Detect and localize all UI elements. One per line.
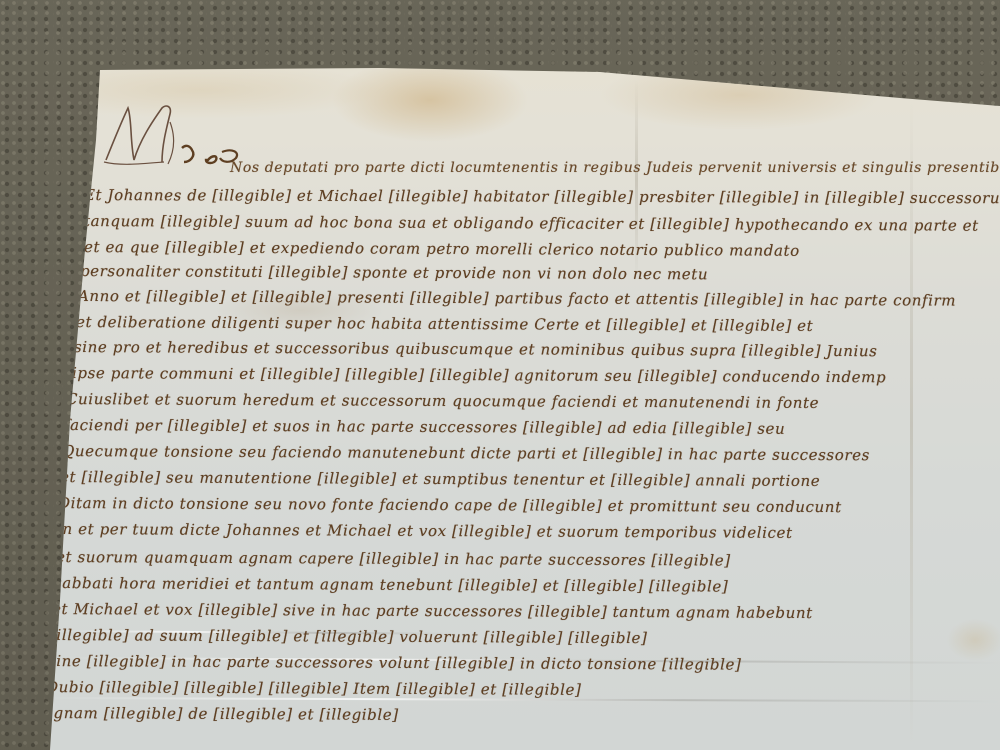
document-line: [illegible] ad suum [illegible] et [ille… bbox=[50, 626, 648, 647]
document-line: et [illegible] seu manutentione [illegib… bbox=[60, 468, 820, 490]
document-line: sine [illegible] in hac parte successore… bbox=[48, 652, 742, 674]
document-line: Cuiuslibet et suorum heredum et successo… bbox=[66, 390, 819, 412]
document-line: Et Johannes de [illegible] et Michael [i… bbox=[84, 186, 1000, 207]
document-line: Dubio [illegible] [illegible] [illegible… bbox=[46, 678, 582, 699]
decorated-initial-n-icon bbox=[100, 100, 240, 170]
document-line: Quecumque tonsione seu faciendo manutene… bbox=[62, 442, 870, 464]
document-line: et deliberatione diligenti super hoc hab… bbox=[76, 313, 813, 335]
document-line: sabbati hora meridiei et tantum agnam te… bbox=[54, 574, 728, 596]
document-line: ipse parte communi et [illegible] [illeg… bbox=[72, 364, 886, 386]
document-line: et ea que [illegible] et expediendo cora… bbox=[84, 238, 800, 260]
document-line: et suorum quamquam agnam capere [illegib… bbox=[56, 548, 731, 570]
document-line: Nos deputati pro parte dicti locumtenent… bbox=[230, 160, 1000, 176]
document-line: tanquam [illegible] suum ad hoc bona sua… bbox=[84, 212, 979, 235]
document-line: et Michael et vox [illegible] sive in ha… bbox=[52, 600, 813, 622]
document-line: sine pro et heredibus et successoribus q… bbox=[74, 338, 878, 360]
document-line: Anno et [illegible] et [illegible] prese… bbox=[78, 287, 956, 310]
document-line: In et per tuum dicte Johannes et Michael… bbox=[56, 520, 793, 542]
document-line: faciendi per [illegible] et suos in hac … bbox=[64, 416, 785, 438]
document-line: personaliter constituti [illegible] spon… bbox=[80, 262, 708, 283]
document-line: agnam [illegible] de [illegible] et [ill… bbox=[44, 704, 399, 724]
document-line: Ditam in dicto tonsione seu novo fonte f… bbox=[58, 494, 842, 516]
parchment-document: Nos deputati pro parte dicti locumtenent… bbox=[0, 0, 1000, 750]
